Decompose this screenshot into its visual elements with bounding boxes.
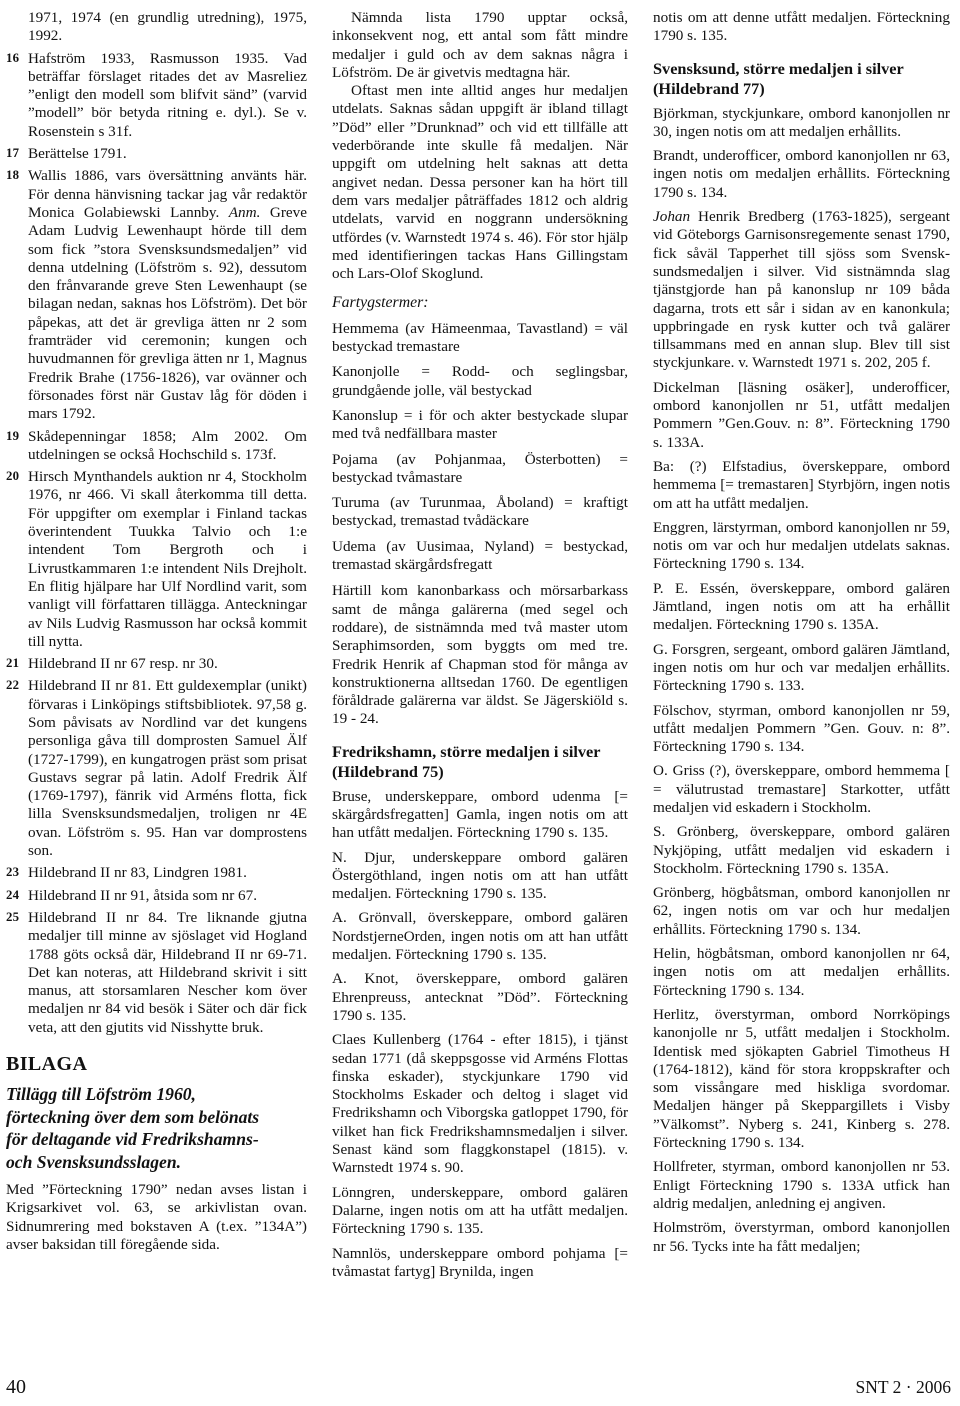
term-definition: Pojama (av Pohjanmaa, Österbotten) = bes… [332, 451, 628, 488]
term-definition: Hemmema (av Hämeenmaa, Tavastland) = väl… [332, 320, 628, 357]
footnote-21: 21Hildebrand II nr 67 resp. nr 30. [6, 655, 307, 673]
bilaga-subheading: Tillägg till Löfström 1960,förteckning ö… [6, 1083, 307, 1173]
column-right: notis om att denne utfått medaljen. Fört… [653, 9, 950, 1369]
entry-continuation: notis om att denne utfått medaljen. Fört… [653, 9, 950, 46]
medal-entry: G. Forsgren, sergeant, ombord galären Jä… [653, 641, 950, 696]
footnote-18: 18Wallis 1886, vars översättning använts… [6, 167, 307, 423]
footnote-25: 25Hildebrand II nr 84. Tre liknande gjut… [6, 909, 307, 1037]
heading-line: (Hildebrand 77) [653, 79, 950, 99]
medal-entry: Helin, högbåtsman, ombord kanonjollen nr… [653, 945, 950, 1000]
heading-line: (Hildebrand 75) [332, 762, 628, 782]
term-definition: Kanonjolle = Rodd- och seglingsbar, grun… [332, 363, 628, 400]
footnote-24: 24Hildebrand II nr 91, åtsida som nr 67. [6, 887, 307, 905]
medal-entry: Bruse, underskeppare, ombord udenma [= s… [332, 788, 628, 843]
medal-entry: Hollfreter, styrman, ombord kanonjollen … [653, 1158, 950, 1213]
journal-issue: SNT 2 · 2006 [856, 1377, 951, 1398]
medal-entry: Dickelman [läsning osäker], underofficer… [653, 379, 950, 452]
page-footer: 40 SNT 2 · 2006 [6, 1376, 951, 1399]
paragraph: Härtill kom kanonbarkass och mörsarbarka… [332, 582, 628, 728]
medal-entry: P. E. Essén, överskeppare, ombord galäre… [653, 580, 950, 635]
medal-entry: A. Grönvall, överskeppare, ombord galäre… [332, 909, 628, 964]
heading-line: och Svensksundsslagen. [6, 1151, 307, 1174]
footnote-16: 16Hafström 1933, Rasmusson 1935. Vad bet… [6, 50, 307, 141]
medal-entry: Lönngren, underskeppare, ombord galären … [332, 1184, 628, 1239]
footnote-number: 21 [6, 654, 19, 672]
footnote-number: 24 [6, 886, 19, 904]
paragraph: Nämnda lista 1790 upptar också, inkonsek… [332, 9, 628, 82]
footnote-19: 19Skådepenningar 1858; Alm 2002. Om utde… [6, 428, 307, 465]
heading-line: Svensksund, större medaljen i silver [653, 59, 950, 79]
bilaga-intro-paragraph: Med ”Förteckning 1790” nedan avses lista… [6, 1181, 307, 1254]
column-middle: Nämnda lista 1790 upptar också, inkonsek… [332, 9, 628, 1369]
footnote-20: 20Hirsch Mynthandels auktion nr 4, Stock… [6, 468, 307, 651]
section-heading-svensksund: Svensksund, större medaljen i silver(Hil… [653, 59, 950, 99]
heading-line: för deltagande vid Fredrikshamns- [6, 1128, 307, 1151]
term-definition: Kanonslup = i för och akter bestyckade s… [332, 407, 628, 444]
medal-entry: N. Djur, underskeppare ombord galären Ös… [332, 849, 628, 904]
medal-entry: Claes Kullenberg (1764 - efter 1815), i … [332, 1031, 628, 1177]
italic-text: Anm. [229, 204, 261, 221]
bilaga-heading: BILAGA [6, 1052, 307, 1076]
heading-line: förteckning över dem som belönats [6, 1106, 307, 1129]
column-left: 1971, 1974 (en grundlig utredning), 1975… [6, 9, 307, 1369]
footnote-number: 20 [6, 467, 19, 485]
medal-entry: Namnlös, underskeppare ombord pohjama [=… [332, 1245, 628, 1282]
document-page: 1971, 1974 (en grundlig utredning), 1975… [0, 0, 960, 1406]
footnote-number: 18 [6, 166, 19, 184]
medal-entry: Brandt, underofficer, ombord kanonjollen… [653, 147, 950, 202]
footnote-22: 22Hildebrand II nr 81. Ett guldexemplar … [6, 677, 307, 860]
heading-line: Fredrikshamn, större medaljen i silver [332, 742, 628, 762]
footnote-number: 17 [6, 144, 19, 162]
medal-entry: Ba: (?) Elfstadius, överskeppare, ombord… [653, 458, 950, 513]
medal-entry: S. Grönberg, överskeppare, ombord galäre… [653, 823, 950, 878]
footnote-number: 19 [6, 427, 19, 445]
medal-entry: Grönberg, högbåtsman, ombord kanonjollen… [653, 884, 950, 939]
medal-entry: Holmström, överstyrman, ombord kanonjoll… [653, 1219, 950, 1256]
footnote-23: 23Hildebrand II nr 83, Lindgren 1981. [6, 864, 307, 882]
medal-entry: Fölschov, styrman, ombord kanonjollen nr… [653, 702, 950, 757]
term-definition: Udema (av Uusimaa, Nyland) = bestyckad, … [332, 538, 628, 575]
footnote-number: 16 [6, 49, 19, 67]
page-number: 40 [6, 1376, 26, 1399]
column-layout: 1971, 1974 (en grundlig utredning), 1975… [6, 9, 960, 1369]
medal-entry: Johan Henrik Bredberg (1763-1825), serge… [653, 208, 950, 373]
italic-text: Johan [653, 208, 690, 225]
medal-entry: Herlitz, överstyrman, ombord Norrköpings… [653, 1006, 950, 1152]
section-heading-fredrikshamn: Fredrikshamn, större medaljen i silver(H… [332, 742, 628, 782]
footnote-15-continuation: 1971, 1974 (en grundlig utredning), 1975… [6, 9, 307, 46]
term-definition: Turuma (av Turunmaa, Åboland) = kraftigt… [332, 494, 628, 531]
footnote-17: 17Berättelse 1791. [6, 145, 307, 163]
footnote-number: 23 [6, 863, 19, 881]
heading-line: Tillägg till Löfström 1960, [6, 1083, 307, 1106]
footnote-number: 25 [6, 908, 19, 926]
medal-entry: A. Knot, överskeppare, ombord galären Eh… [332, 970, 628, 1025]
medal-entry: Enggren, lärstyrman, ombord kanonjollen … [653, 519, 950, 574]
paragraph: Oftast men inte alltid anges hur medalje… [332, 82, 628, 283]
medal-entry: Björkman, styckjunkare, ombord kanonjoll… [653, 105, 950, 142]
terms-heading: Fartygstermer: [332, 294, 628, 312]
medal-entry: O. Griss (?), överskeppare, ombord hemme… [653, 762, 950, 817]
footnote-number: 22 [6, 676, 19, 694]
